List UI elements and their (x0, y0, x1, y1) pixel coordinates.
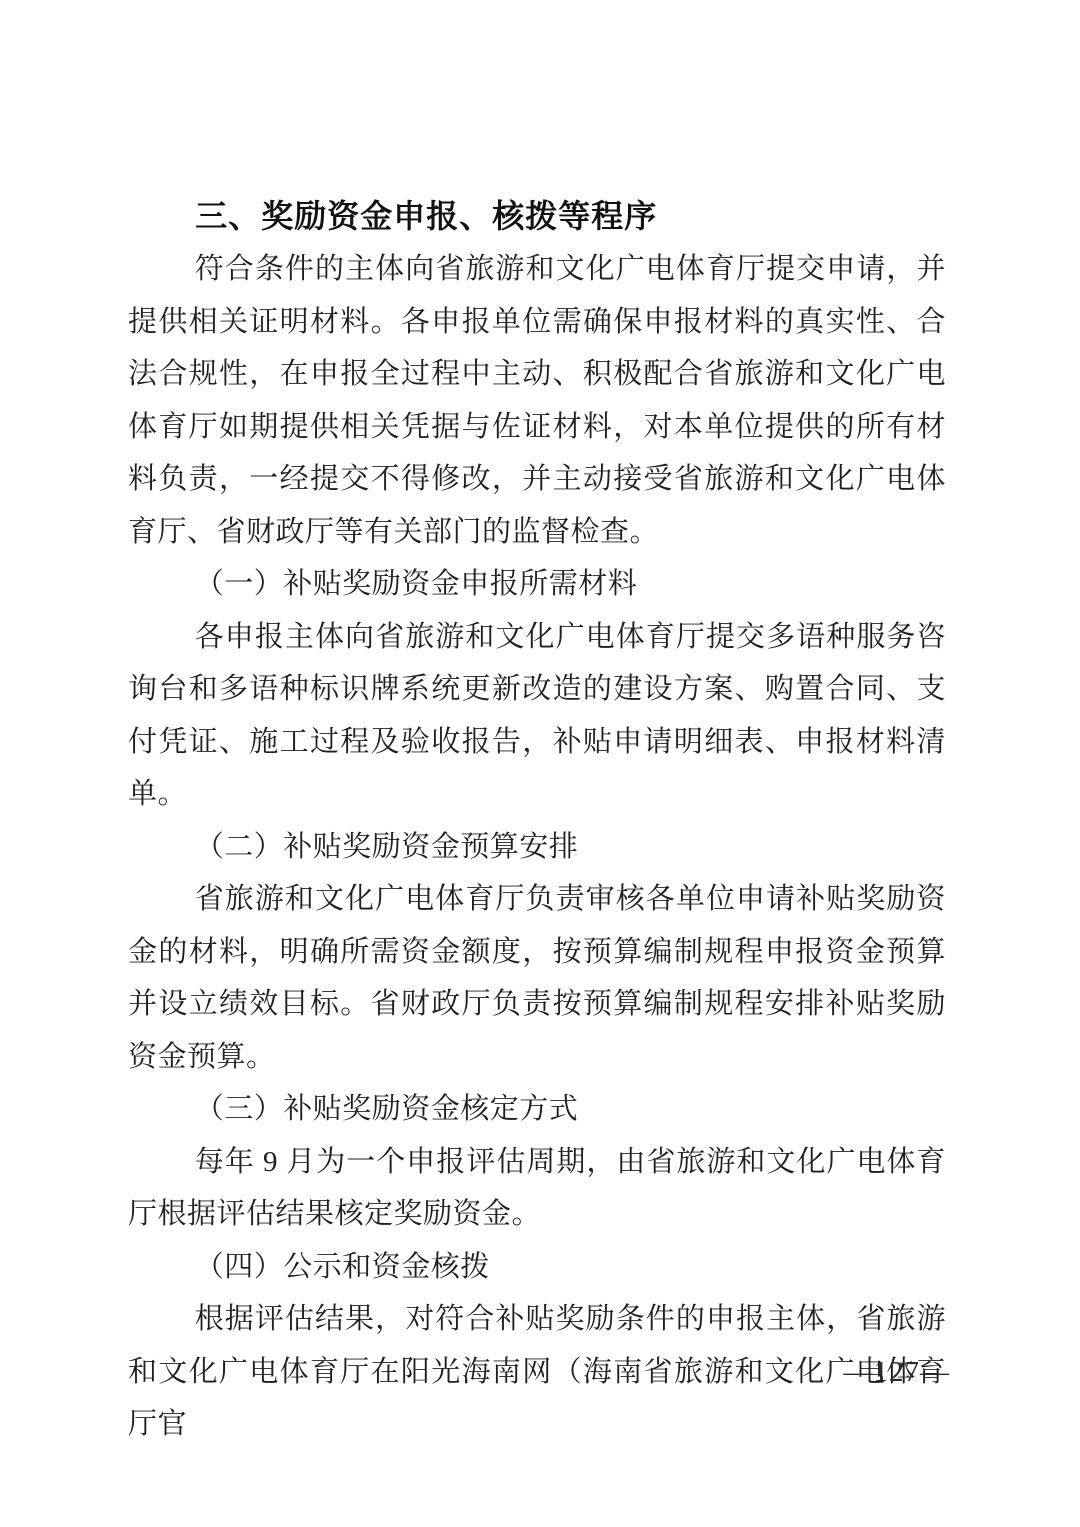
document-page: 三、奖励资金申报、核拨等程序 符合条件的主体向省旅游和文化广电体育厅提交申请，并… (0, 0, 1080, 1527)
document-body: 三、奖励资金申报、核拨等程序 符合条件的主体向省旅游和文化广电体育厅提交申请，并… (128, 0, 946, 1451)
subsection-title-4: （四）公示和资金核拨 (128, 1241, 946, 1294)
page-number: —127— (844, 1352, 951, 1392)
subsection-body-1: 各申报主体向省旅游和文化广电体育厅提交多语种服务咨询台和多语种标识牌系统更新改造… (128, 611, 946, 821)
intro-paragraph: 符合条件的主体向省旅游和文化广电体育厅提交申请，并提供相关证明材料。各申报单位需… (128, 243, 946, 558)
subsection-title-3: （三）补贴奖励资金核定方式 (128, 1083, 946, 1136)
subsection-title-1: （一）补贴奖励资金申报所需材料 (128, 558, 946, 611)
subsection-body-3: 每年 9 月为一个申报评估周期，由省旅游和文化广电体育厅根据评估结果核定奖励资金… (128, 1136, 946, 1241)
subsection-title-2: （二）补贴奖励资金预算安排 (128, 821, 946, 874)
section-heading: 三、奖励资金申报、核拨等程序 (128, 190, 946, 243)
subsection-body-4: 根据评估结果，对符合补贴奖励条件的申报主体，省旅游和文化广电体育厅在阳光海南网（… (128, 1293, 946, 1451)
subsection-body-2: 省旅游和文化广电体育厅负责审核各单位申请补贴奖励资金的材料，明确所需资金额度，按… (128, 873, 946, 1083)
